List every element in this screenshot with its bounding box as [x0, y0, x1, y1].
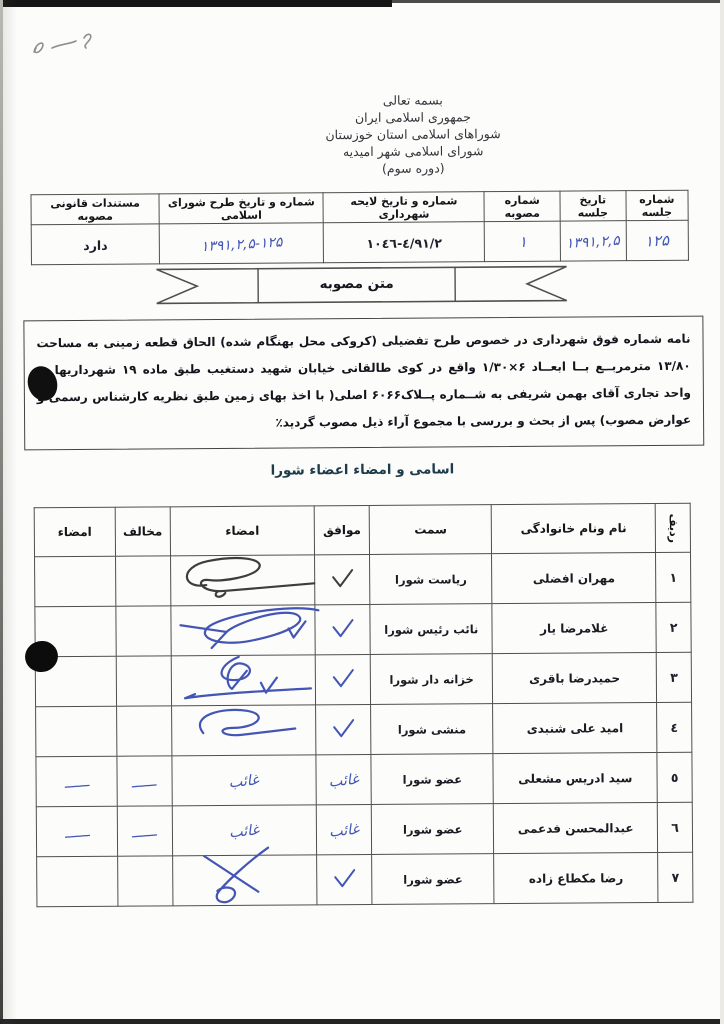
scanned-council-resolution-page: بسمه تعالی جمهوری اسلامی ایران شوراهای ا…: [0, 0, 724, 1024]
member-name: امید علی شنبدی: [493, 702, 657, 753]
resolution-text-banner: متن مصوبه: [155, 264, 568, 307]
members-header-row: ردیف نام ونام خانوادگی سمت موافق امضاء م…: [34, 503, 690, 557]
resolution-info-table: شماره جلسه تاریخ جلسه شماره مصوبه شماره …: [30, 190, 688, 266]
col-agree: موافق: [314, 505, 369, 554]
banner-title: متن مصوبه: [258, 264, 455, 305]
signature-scribble: [162, 550, 332, 607]
signature-cell: [170, 555, 315, 606]
checkmark-icon: [330, 616, 356, 640]
members-section-title: اسامی و امضاء اعضاء شورا: [0, 459, 724, 480]
opposed-signature-cell: ــــــ: [36, 756, 117, 807]
legal-docs-value: دارد: [83, 238, 107, 253]
session-date-cell: ۱۳۹۱,۲,۵: [560, 221, 626, 261]
agree-cell: [315, 554, 370, 604]
col-row-number: ردیف: [655, 503, 690, 552]
signature-scribble: [163, 650, 333, 707]
plan-number-date-cell: ۱۳۹۱,۲,۵-۱۲۵: [159, 223, 324, 264]
opposed-cell: [117, 856, 172, 906]
opposed-cell: ــــــ: [117, 806, 172, 856]
position-cell: عضو شورا: [371, 804, 493, 855]
bill-number-date-cell: ۹۱/۲/٤-۱۰٤٦: [324, 222, 485, 263]
member-row: ٤ امید علی شنبدی منشی شورا: [36, 702, 692, 757]
signature-scribble: [163, 700, 333, 757]
absent-note: غائب: [328, 821, 360, 840]
dash-mark: ــــــ: [131, 774, 157, 792]
resolution-text-box: نامه شماره فوق شهرداری در خصوص طرح تفضیل…: [23, 316, 704, 451]
opposed-signature-cell: [35, 556, 116, 607]
signature-cell: [171, 655, 316, 706]
opposed-signature-cell: [37, 856, 118, 907]
agree-cell: [315, 604, 370, 654]
checkmark-icon: [329, 566, 355, 590]
row-number-cell: ٧: [658, 852, 693, 902]
signature-cell: غائب: [172, 755, 317, 806]
agree-cell: [316, 704, 371, 754]
opposed-signature-cell: ــــــ: [36, 806, 117, 857]
position-cell: عضو شورا: [372, 854, 494, 905]
member-row: ۳ حمیدرضا باقری خزانه دار شورا: [35, 652, 691, 707]
member-name: سید ادریس مشعلی: [493, 752, 657, 803]
dash-mark: ــــــ: [132, 824, 158, 842]
member-name: مهران افضلی: [492, 552, 656, 603]
absent-note: غائب: [228, 822, 260, 841]
checkmark-icon: [330, 716, 356, 740]
col-opposed: مخالف: [115, 507, 170, 556]
member-name: رضا مکطاع زاده: [494, 852, 658, 903]
member-name: عبدالمحسن فدعمی: [494, 802, 658, 853]
signature-scribble: [162, 600, 332, 657]
info-header-row: شماره جلسه تاریخ جلسه شماره مصوبه شماره …: [31, 190, 688, 225]
session-number-value: ۱۲۵: [645, 231, 670, 250]
session-number-cell: ۱۲۵: [626, 220, 689, 260]
member-row: ۲ غلامرضا یار نائب رئیس شورا: [35, 602, 691, 657]
resolution-text: نامه شماره فوق شهرداری در خصوص طرح تفضیل…: [36, 326, 691, 439]
signature-cell: [172, 855, 317, 906]
signature-cell: [171, 605, 316, 656]
signature-cell: [171, 705, 316, 756]
checkmark-icon: [330, 666, 356, 690]
letterhead: بسمه تعالی جمهوری اسلامی ایران شوراهای ا…: [248, 90, 579, 177]
col-legal-docs: مستندات قانونی مصوبه: [31, 194, 159, 225]
row-number-cell: ۳: [656, 652, 691, 702]
bill-number-date-value: ۹۱/۲/٤-۱۰٤٦: [366, 235, 442, 251]
term-line: (دوره سوم): [248, 158, 578, 177]
agree-cell: غائب: [316, 754, 371, 804]
col-session-date: تاریخ جلسه: [560, 191, 626, 221]
member-name: غلامرضا یار: [492, 602, 656, 653]
position-cell: خزانه دار شورا: [370, 654, 492, 705]
position-cell: نائب رئیس شورا: [370, 604, 492, 655]
agree-cell: [315, 654, 370, 704]
col-signature: امضاء: [170, 506, 315, 556]
resolution-number-value: ۱: [518, 233, 527, 251]
absent-note: غائب: [328, 771, 360, 790]
row-number-cell: ٤: [657, 702, 692, 752]
session-date-value: ۱۳۹۱,۲,۵: [566, 233, 621, 252]
member-name: حمیدرضا باقری: [492, 652, 656, 703]
member-row: ٦ عبدالمحسن فدعمی عضو شورا غائب غائب ـــ…: [36, 802, 692, 857]
opposed-signature-cell: [36, 706, 117, 757]
legal-docs-cell: دارد: [31, 224, 159, 265]
agree-cell: غائب: [316, 804, 371, 854]
member-row: ٧ رضا مکطاع زاده عضو شورا: [37, 852, 693, 907]
dash-mark: ــــــ: [64, 824, 90, 842]
info-value-row: ۱۲۵ ۱۳۹۱,۲,۵ ۱ ۹۱/۲/٤-۱۰٤٦ ۱۳۹۱,۲,۵-۱۲۵ …: [31, 220, 688, 265]
col-opposed-signature: امضاء: [34, 507, 115, 557]
member-row: ۱ مهران افضلی ریاست شورا: [35, 552, 691, 607]
members-signature-table: ردیف نام ونام خانوادگی سمت موافق امضاء م…: [34, 503, 694, 908]
row-number-cell: ۱: [656, 552, 691, 602]
col-plan-number-date: شماره و تاریخ طرح شورای اسلامی: [159, 193, 323, 224]
row-number-cell: ٦: [657, 802, 692, 852]
opposed-cell: [116, 606, 171, 656]
col-resolution-number: شماره مصوبه: [484, 191, 560, 222]
row-number-cell: ۲: [656, 602, 691, 652]
plan-number-date-value: ۱۳۹۱,۲,۵-۱۲۵: [200, 234, 282, 255]
col-full-name: نام ونام خانوادگی: [491, 503, 655, 553]
col-position: سمت: [369, 505, 491, 555]
position-cell: ریاست شورا: [370, 554, 492, 605]
page-content: بسمه تعالی جمهوری اسلامی ایران شوراهای ا…: [0, 0, 724, 1024]
opposed-cell: ــــــ: [117, 756, 172, 806]
opposed-cell: [115, 556, 170, 606]
opposed-cell: [116, 706, 171, 756]
signature-cell: غائب: [172, 805, 317, 856]
member-row: ٥ سید ادریس مشعلی عضو شورا غائب غائب ـــ…: [36, 752, 692, 807]
col-bill-number-date: شماره و تاریخ لایحه شهرداری: [323, 192, 484, 223]
position-cell: عضو شورا: [371, 754, 493, 805]
absent-note: غائب: [228, 772, 260, 791]
opposed-cell: [116, 656, 171, 706]
dash-mark: ــــــ: [64, 774, 90, 792]
agree-cell: [317, 854, 372, 904]
position-cell: منشی شورا: [371, 704, 493, 755]
checkmark-icon: [331, 866, 357, 890]
resolution-number-cell: ۱: [485, 221, 561, 262]
row-number-cell: ٥: [657, 752, 692, 802]
col-session-number: شماره جلسه: [626, 190, 689, 220]
